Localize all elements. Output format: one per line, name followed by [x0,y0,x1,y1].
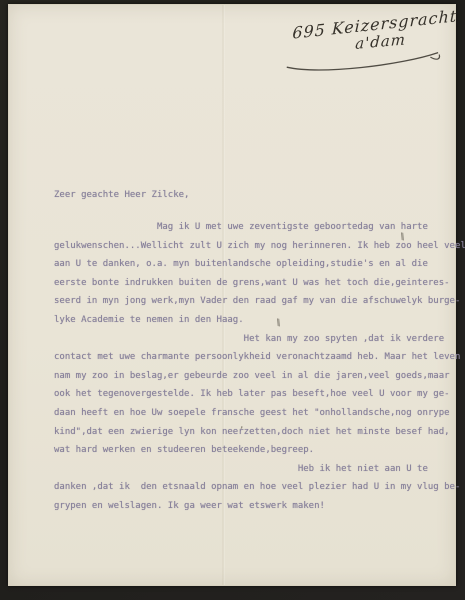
letter-line: wat hard werken en studeeren beteekende,… [54,441,465,460]
letter-line: contact met uwe charmante persoonlykheid… [54,348,465,367]
letter-line: Het kan my zoo spyten ,dat ik verdere [54,330,465,349]
letter-line: danken ,dat ik den etsnaald opnam en hoe… [54,478,465,497]
letter-salutation: Zeer geachte Heer Zilcke, [54,190,189,200]
letter-body: Mag ik U met uwe zeventigste geboortedag… [54,218,465,516]
letter-line: lyke Academie te nemen in den Haag. [54,311,465,330]
handwritten-address: 695 Keizersgracht a'dam [285,3,464,75]
handwriting-flourish [280,43,461,78]
photo-background: 695 Keizersgracht a'dam Zeer geachte Hee… [0,0,465,600]
letter-line: aan U te danken, o.a. myn buitenlandsche… [54,255,465,274]
letter-line: daan heeft en hoe Uw soepele fransche ge… [54,404,465,423]
letter-line: ook het tegenovergestelde. Ik heb later … [54,385,465,404]
letter-line: kind",dat een zwierige lyn kon neerzette… [54,423,465,442]
letter-paper: 695 Keizersgracht a'dam Zeer geachte Hee… [8,4,456,586]
letter-line: grypen en welslagen. Ik ga weer wat etsw… [54,497,465,516]
letter-line: nam my zoo in beslag,er gebeurde zoo vee… [54,367,465,386]
letter-line: Heb ik het niet aan U te [54,460,465,479]
letter-line: eerste bonte indrukken buiten de grens,w… [54,274,465,293]
letter-line: gelukwenschen...Wellicht zult U zich my … [54,237,465,256]
letter-line: seerd in myn jong werk,myn Vader den raa… [54,292,465,311]
